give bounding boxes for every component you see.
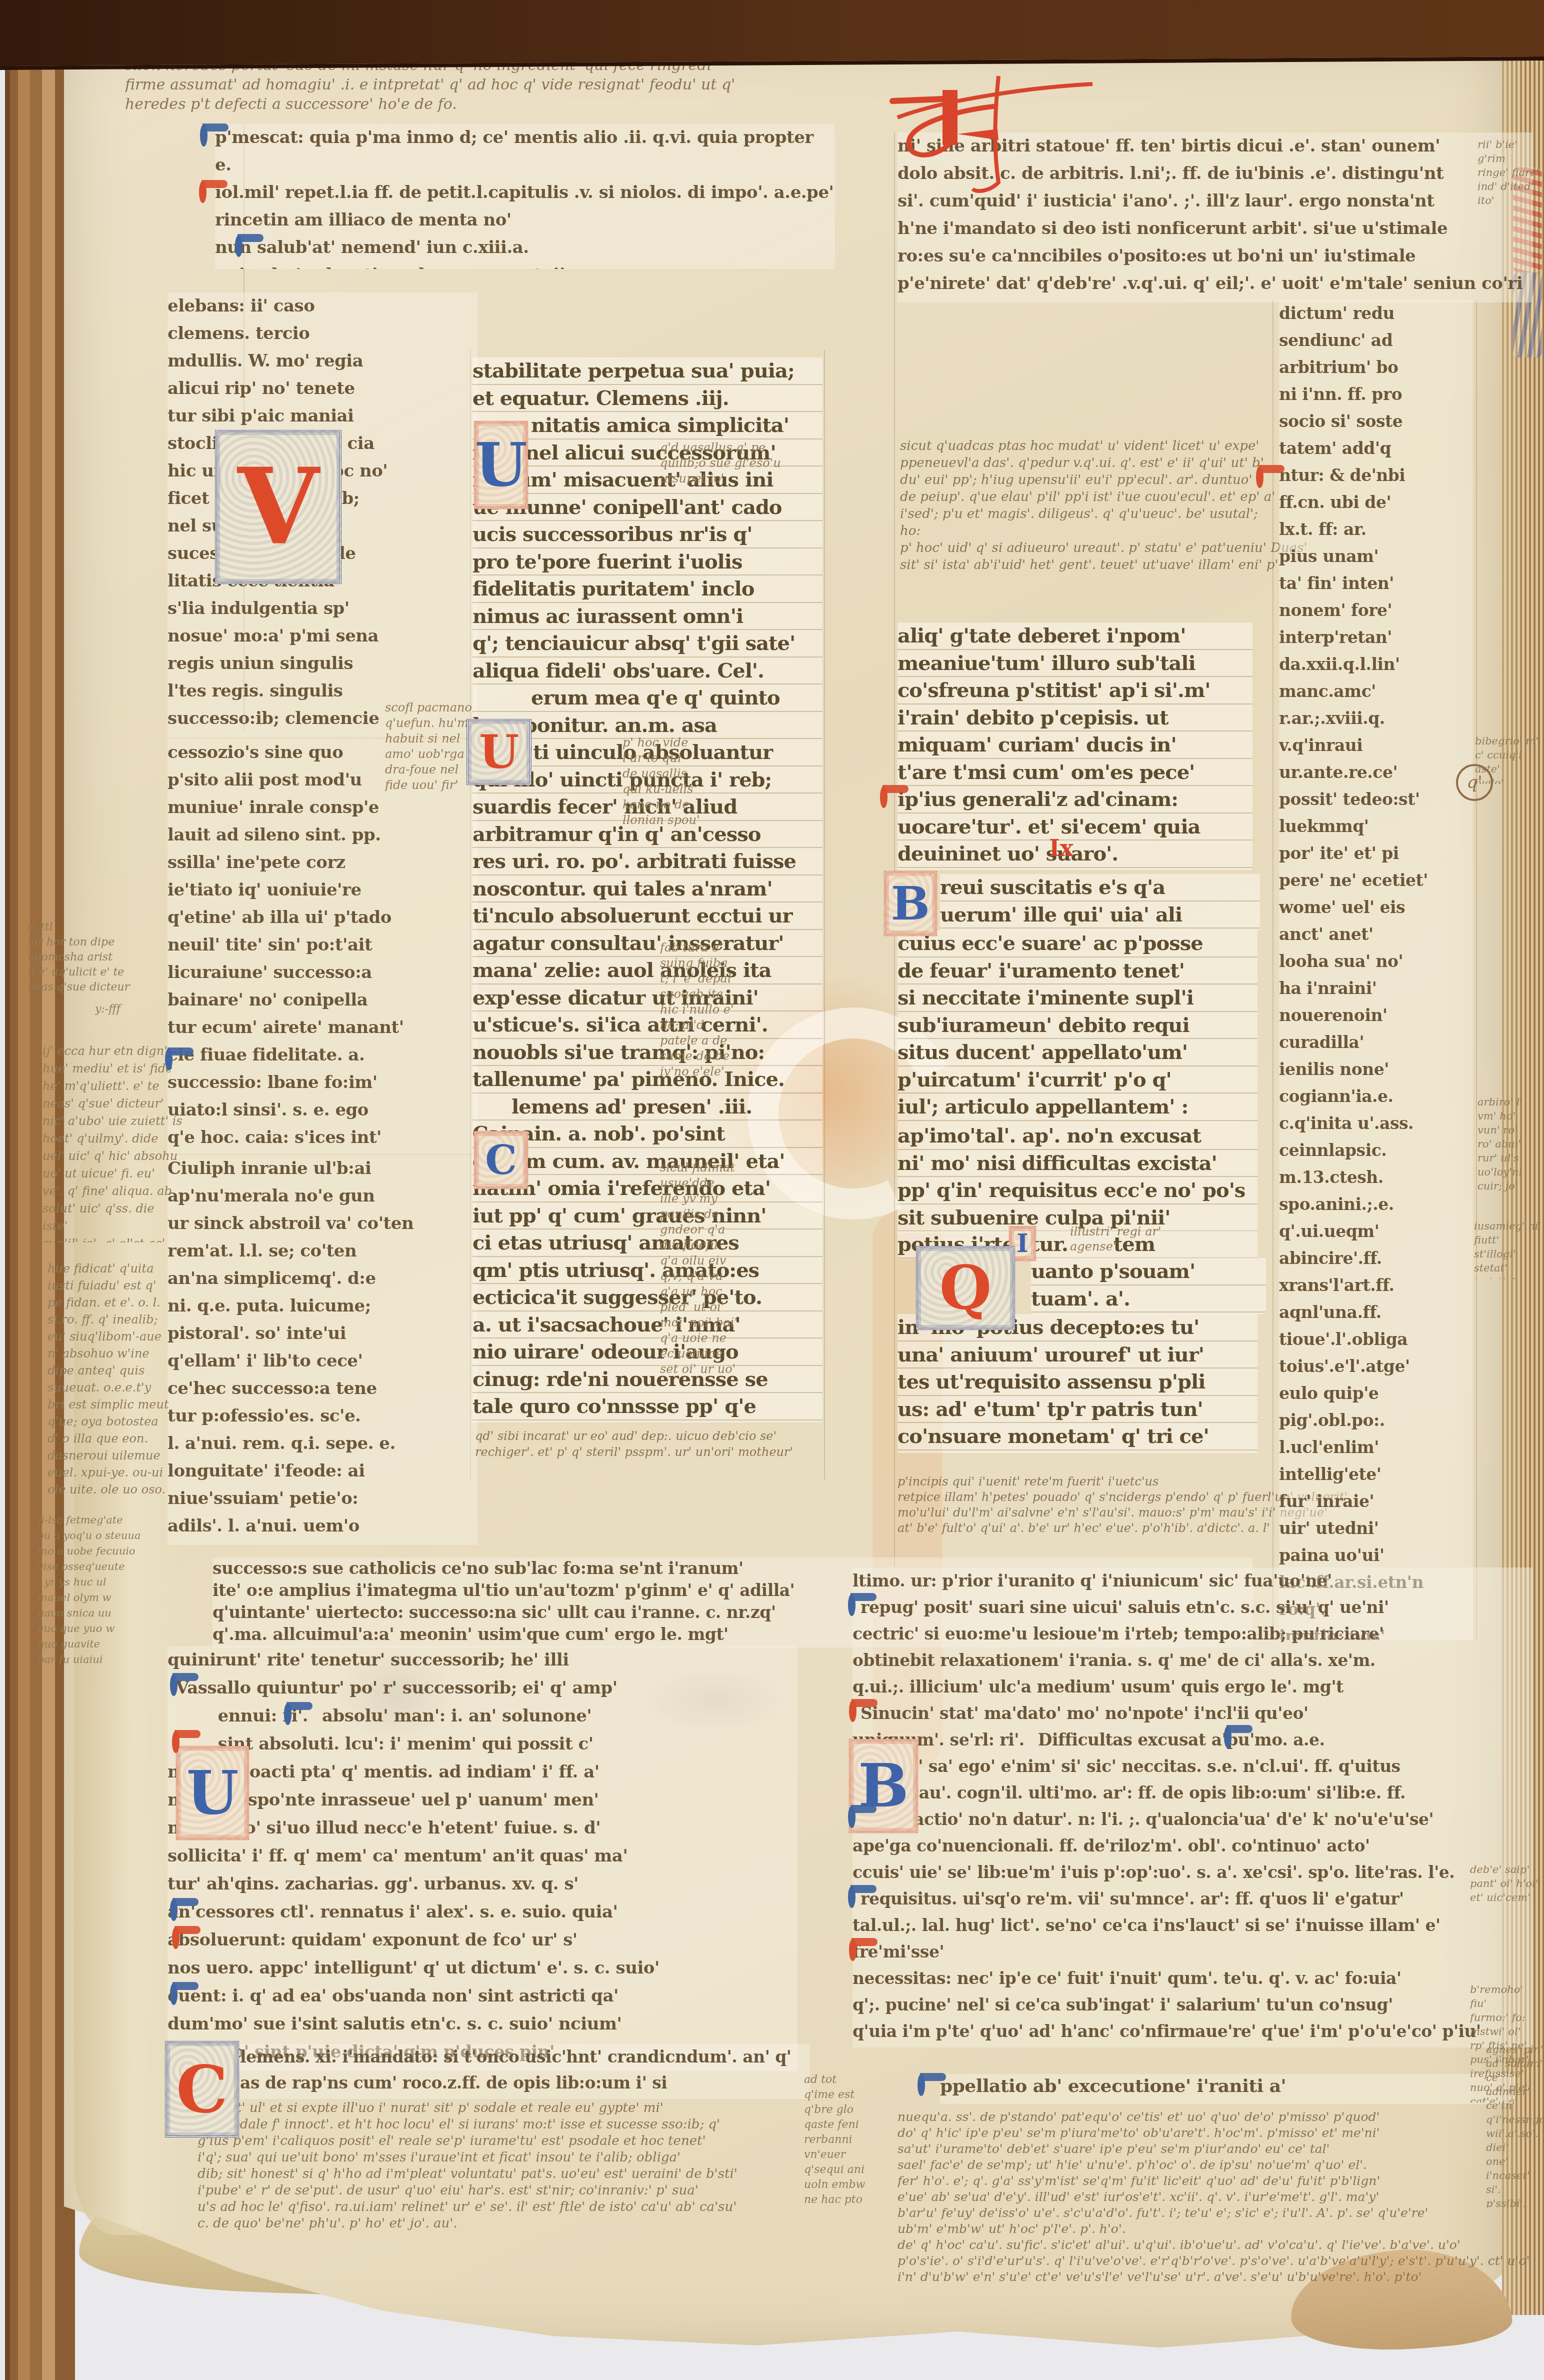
right-margin-annotation: iusamieg' ni' fiutt' st'illogi' stetat' … — [1474, 1219, 1543, 1279]
right-gloss-column: dictum' redu sendiunc' ad arbitrium' bo … — [1279, 300, 1473, 1640]
paraph-mark — [170, 1673, 198, 1696]
initial-b-column2: B — [884, 871, 937, 936]
initial-c-bottom-left: C — [165, 2041, 239, 2137]
paraph-mark — [848, 1885, 876, 1908]
paraph-mark — [848, 1805, 876, 1828]
ruling-line — [824, 350, 825, 1480]
gloss-top-left: p'mescat: quia p'ma inmo d; ce' mentis a… — [215, 124, 835, 269]
marginal-note: sicul fidimat usue'dde ille yv'my panili… — [660, 1160, 785, 1380]
marginal-note: fab'tura e' suing fuiba t; i' e' depal s… — [660, 940, 785, 1085]
paraph-mark — [172, 1926, 200, 1949]
main-text-column-2b-tail: cuius ecc'e suare' ac p'posse de feuar' … — [897, 930, 1257, 1122]
ruling-line — [894, 132, 895, 1567]
binding-top-edge — [0, 0, 1544, 70]
bottom-left-gloss: lemens. xi. i'mandato: si t'onco usic'hn… — [240, 2044, 810, 2099]
paraph-mark — [849, 1699, 877, 1722]
marginal-note: p' hoc vide i'ur-lo qui de uasallis qui … — [622, 735, 762, 832]
left-lower-gloss-block: quinirunt' rite' tenetur' successorib; h… — [167, 1646, 797, 2071]
main-text-column-2q-head: uanto p'souam' tuam'. a'. uidam' consili… — [1031, 1258, 1266, 1314]
paraph-mark — [284, 1702, 312, 1725]
left-gloss-column-mid: cessozio's sine quo p'sito alii post mod… — [167, 739, 477, 1154]
left-margin-annotation: ij' ecca hur etn dign' hue' mediu' et is… — [42, 1042, 182, 1242]
circled-margin-glyph: q' — [1456, 764, 1493, 801]
marginal-note: q'd uasallus q' pe quilib;o sue gl'eso'u… — [660, 440, 795, 490]
bottom-left-annotation: inrauit' ul' et si expte ill'uo i' nurat… — [197, 2100, 817, 2240]
paraph-mark — [880, 785, 908, 808]
paraph-mark — [172, 1730, 200, 1753]
main-text-column-2b-head: reui suscitatis e's q'a uerum' ille qui'… — [940, 874, 1260, 930]
bottom-right-margin-notes: ad tot q'ime est q'bre glo qaste feni re… — [804, 2072, 894, 2217]
section-number-rubric: Ix — [1049, 834, 1104, 864]
left-margin-mark: y:-fff — [95, 1002, 175, 1022]
paraph-mark — [849, 1938, 877, 1961]
left-margin-annotation: hue fidicat' q'uita iusti fuiadu' est q'… — [47, 1260, 192, 1505]
paraph-mark — [848, 1593, 876, 1616]
paraph-mark — [199, 180, 227, 203]
initial-u-red-column1: U — [466, 719, 531, 785]
paraph-mark — [235, 234, 263, 257]
paraph-mark — [170, 1898, 198, 1921]
paraph-mark — [170, 1982, 198, 2005]
left-margin-annotation: e' ttl lor hor ton dipe uoomcsha arist f… — [27, 920, 172, 1000]
right-margin-annotation: agnes' pin' ad' salaim' ce' adinner' ce'… — [1486, 2042, 1544, 2207]
initial-q-column2: Q — [916, 1246, 1015, 1330]
paraph-mark — [1256, 465, 1284, 488]
initial-c-column1: C — [474, 1131, 528, 1189]
initial-u-left-lower: U — [176, 1746, 249, 1840]
left-margin-annotation: fi-lsc fetmeg'ate ou a yoq'u o steuua mo… — [37, 1512, 182, 1672]
main-text-column-2c: ap'imo'tal'. ap'. no'n excusat ni' mo' n… — [897, 1122, 1257, 1232]
column-1-cursive-tail: qd' sibi incarat' ur eo' aud' dep:. uicu… — [475, 1428, 825, 1468]
main-text-column-2a: aliq' g'tate deberet i'npom' meaniue'tum… — [897, 622, 1252, 870]
right-margin-annotation: arbiro' l' vm' ho' vun' ro' ro' abui' ru… — [1477, 1095, 1542, 1200]
red-flourish-mark — [882, 70, 1097, 195]
manuscript-photo: et sic videt' q'bore liquide de fenint u… — [0, 0, 1544, 2380]
paraph-mark — [165, 1047, 193, 1070]
paraph-mark — [1224, 1725, 1252, 1748]
paraph-mark — [200, 123, 228, 146]
bottom-right-heading: ppellatio ab' excecutione' i'raniti a' — [940, 2074, 1515, 2104]
wide-bottom-gloss: ltimo. ur: p'rior i'uranito q' i'niunicu… — [852, 1567, 1532, 2047]
initial-u-column1: U — [474, 421, 528, 509]
right-margin-annotation: rii' b'ie' g'rim ringe' fiare' ind' d'it… — [1477, 137, 1542, 207]
left-gloss-column-lower: Ciuliph inranie ul'b:ai ap'nu'merala no'… — [167, 1155, 477, 1545]
initial-v-left-gloss: V — [215, 430, 341, 584]
right-margin-annotation: deb'e' saip' pant' oi' h'oi' et' uic'cem… — [1470, 1862, 1540, 1910]
interlinear-note: illustri' regi ar' agense' — [1070, 1224, 1250, 1259]
paraph-mark — [917, 2073, 945, 2096]
bottom-right-annotation: nuequ'a. ss'. de p'stando' pat'equ'o' ce… — [897, 2109, 1542, 2294]
main-text-column-2q-tail: in' mo' potius decepto:es tu' una' aniuu… — [897, 1314, 1257, 1453]
